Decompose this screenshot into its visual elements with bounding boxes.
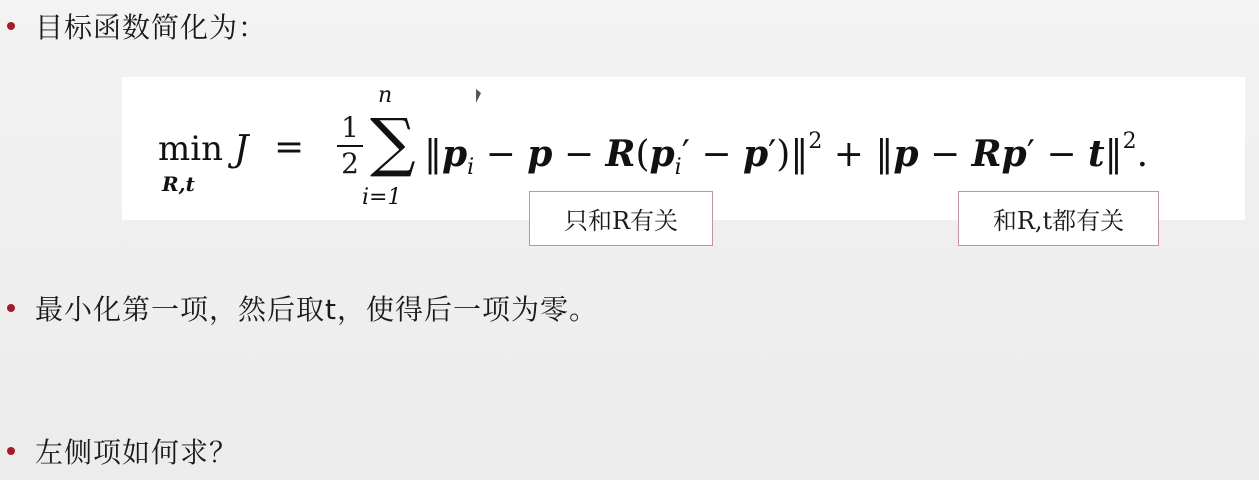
fraction-numerator: 1 xyxy=(337,113,363,143)
bullet-text: 左侧项如何求？ xyxy=(35,431,238,471)
bullet-dot-icon xyxy=(7,22,15,30)
sum-lower-limit: i=1 xyxy=(362,185,401,210)
annotation-r-and-t: 和R,t都有关 xyxy=(958,191,1159,246)
bullet-dot-icon xyxy=(7,447,15,455)
sigma-icon: ∑ xyxy=(370,111,416,175)
annotation-r-only: 只和R有关 xyxy=(529,191,713,246)
bullet-minimize-first-term: 最小化第一项，然后取t，使得后一项为零。 xyxy=(0,288,598,328)
mouse-cursor-icon xyxy=(476,89,481,103)
bullet-text: 目标函数简化为： xyxy=(35,6,267,46)
objective-J: J xyxy=(234,129,248,170)
min-subscript: R,t xyxy=(162,172,195,196)
fraction-one-half: 1 2 xyxy=(337,113,363,179)
min-operator: min xyxy=(158,129,223,169)
bullet-text: 最小化第一项，然后取t，使得后一项为零。 xyxy=(35,288,598,328)
equals-sign: = xyxy=(274,127,304,168)
sum-upper-limit: n xyxy=(378,83,392,108)
bullet-objective-simplified: 目标函数简化为： xyxy=(0,6,267,46)
formula-terms: ‖pi − p − R(pi′ − p′)‖2 + ‖p − Rp′ − t‖2… xyxy=(424,129,1148,180)
bullet-how-to-solve-left: 左侧项如何求？ xyxy=(0,431,238,471)
fraction-denominator: 2 xyxy=(337,149,363,179)
bullet-dot-icon xyxy=(7,304,15,312)
